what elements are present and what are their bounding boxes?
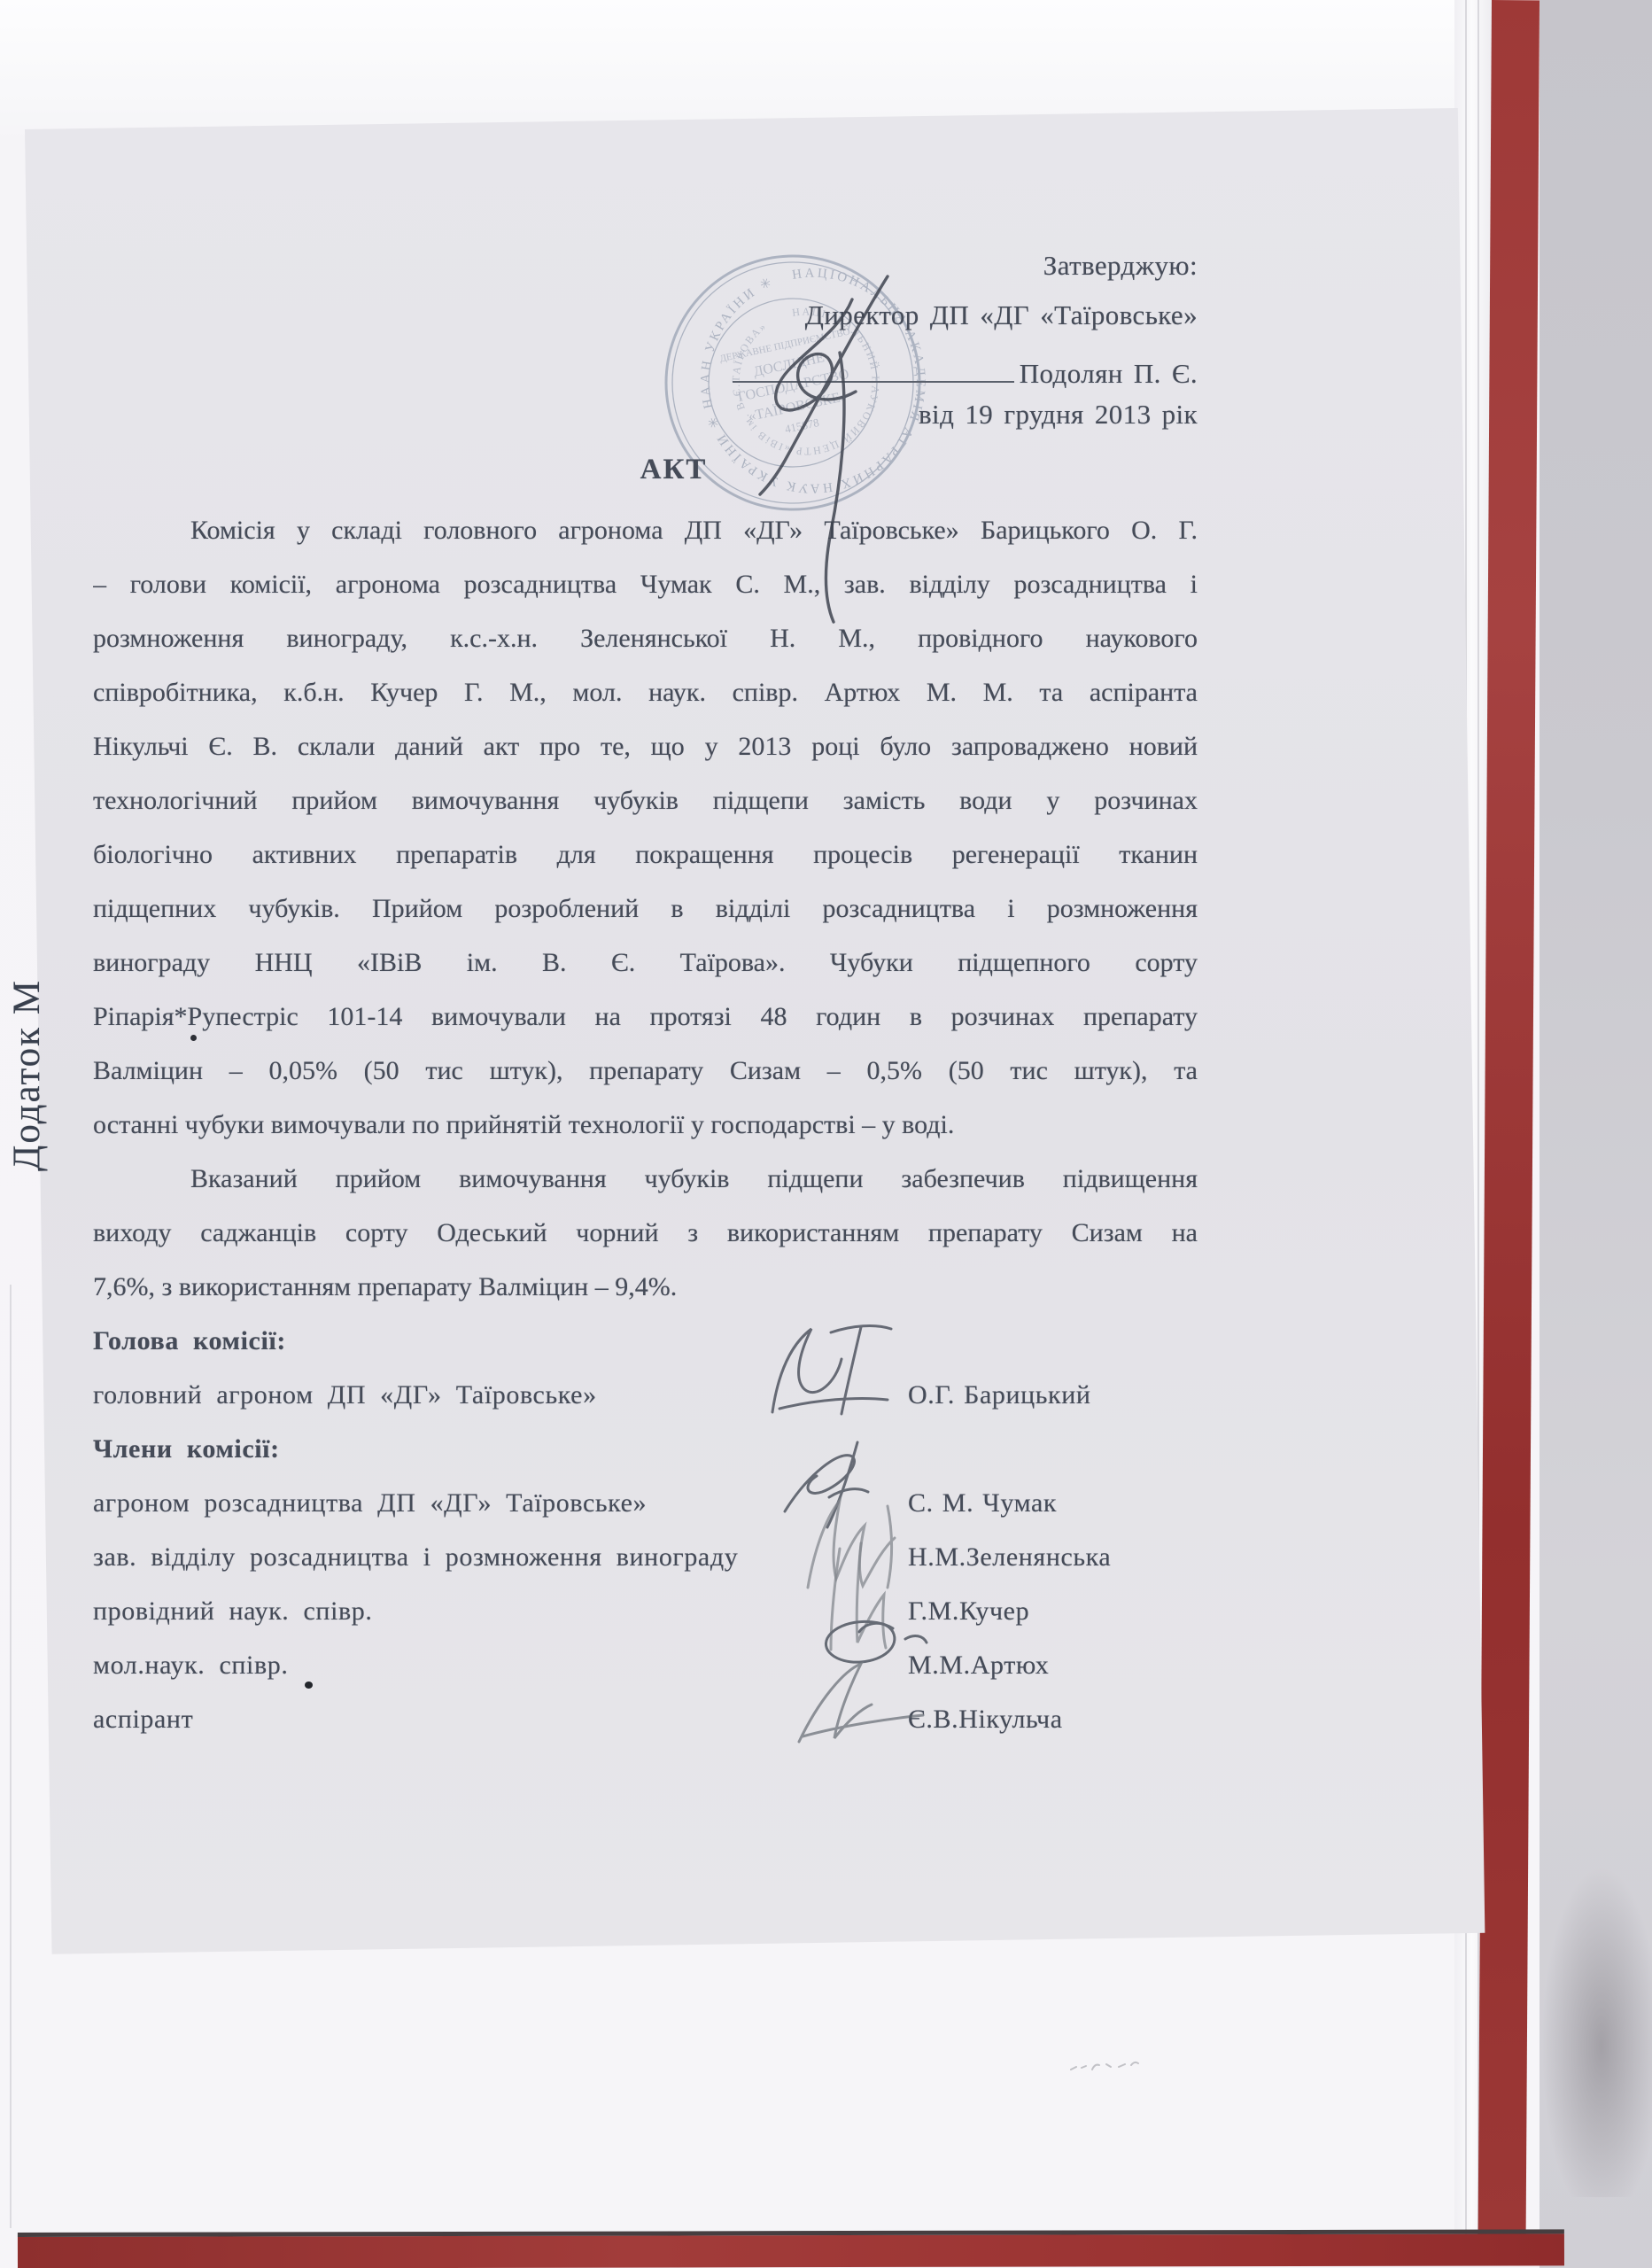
book-cover-edge-bottom [18, 2229, 1564, 2268]
member-name: М.М.Артюх [908, 1638, 1049, 1692]
document-title: АКТ [93, 443, 1198, 497]
pencil-mark [1067, 2054, 1165, 2080]
commission-row: мол.наук. співр. М.М.Артюх [93, 1638, 1333, 1692]
chair-heading: Голова комісії: [93, 1314, 1333, 1368]
member-name: Є.В.Нікульча [908, 1692, 1063, 1746]
body-line: розмноження винограду, к.с.-х.н. Зеленян… [93, 611, 1198, 665]
member-title: головний агроном ДП «ДГ» Таїровське» [93, 1380, 597, 1410]
commission-row: зав. відділу розсадництва і розмноження … [93, 1530, 1333, 1584]
document-body: Комісія у складі головного агронома ДП «… [93, 503, 1198, 1314]
member-name: С. М. Чумак [908, 1476, 1057, 1530]
member-name: О.Г. Барицький [908, 1368, 1091, 1422]
member-title: провідний наук. співр. [93, 1596, 372, 1626]
approval-word: Затверджую: [93, 241, 1198, 291]
body-line: 7,6%, з використанням препарату Валміцин… [93, 1260, 1198, 1314]
member-title: аспірант [93, 1705, 193, 1734]
director-line: Директор ДП «ДГ «Таїровське» [93, 291, 1198, 340]
ink-speck [190, 1035, 197, 1041]
commission-row: провідний наук. співр. Г.М.Кучер [93, 1584, 1333, 1638]
member-name: Г.М.Кучер [908, 1584, 1029, 1638]
commission-row: головний агроном ДП «ДГ» Таїровське» О.Г… [93, 1368, 1333, 1422]
body-line: винограду ННЦ «ІВіВ ім. В. Є. Таїрова». … [93, 936, 1198, 990]
scanner-shadow [1540, 1860, 1652, 2197]
body-line: Нікульчі Є. В. склали даний акт про те, … [93, 719, 1198, 773]
approval-block: Затверджую: Директор ДП «ДГ «Таїровське»… [93, 241, 1198, 439]
body-line: технологічний прийом вимочування чубуків… [93, 773, 1198, 827]
body-line: співробітника, к.б.н. Кучер Г. М., мол. … [93, 665, 1198, 719]
director-name: Подолян П. Є. [1020, 358, 1198, 389]
members-heading: Члени комісії: [93, 1422, 1333, 1476]
body-line: Валміцин – 0,05% (50 тис штук), препарат… [93, 1044, 1198, 1098]
page-edge-line-left [10, 1285, 12, 2228]
member-name: Н.М.Зеленянська [908, 1530, 1111, 1584]
ink-speck [305, 1682, 313, 1689]
scanned-document: Додаток М НАЦІОНАЛЬНА АКАДЕМІЯ АГРАРНИХ … [0, 0, 1652, 2268]
body-line: біологічно активних препаратів для покра… [93, 827, 1198, 882]
member-title: зав. відділу розсадництва і розмноження … [93, 1542, 738, 1572]
body-line: – голови комісії, агронома розсадництва … [93, 557, 1198, 611]
member-title: агроном розсадництва ДП «ДГ» Таїровське» [93, 1488, 647, 1518]
appendix-label: Додаток М [5, 979, 49, 1171]
approval-date: від 19 грудня 2013 рік [93, 390, 1198, 439]
body-line: останні чубуки вимочували по прийнятій т… [93, 1098, 1198, 1152]
body-line: підщепних чубуків. Прийом розроблений в … [93, 882, 1198, 936]
commission-row: аспірант Є.В.Нікульча [93, 1692, 1333, 1746]
commission-row: агроном розсадництва ДП «ДГ» Таїровське»… [93, 1476, 1333, 1530]
body-line: Вказаний прийом вимочування чубуків підщ… [93, 1152, 1198, 1206]
member-title: мол.наук. співр. [93, 1651, 288, 1680]
signature-underline [733, 340, 1014, 383]
commission-block: Голова комісії: головний агроном ДП «ДГ»… [93, 1314, 1333, 1746]
body-line: Ріпарія*Рупестріс 101-14 вимочували на п… [93, 990, 1198, 1044]
director-signature-line: Подолян П. Є. [93, 340, 1198, 390]
body-line: Комісія у складі головного агронома ДП «… [93, 503, 1198, 557]
body-line: виходу саджанців сорту Одеський чорний з… [93, 1206, 1198, 1260]
